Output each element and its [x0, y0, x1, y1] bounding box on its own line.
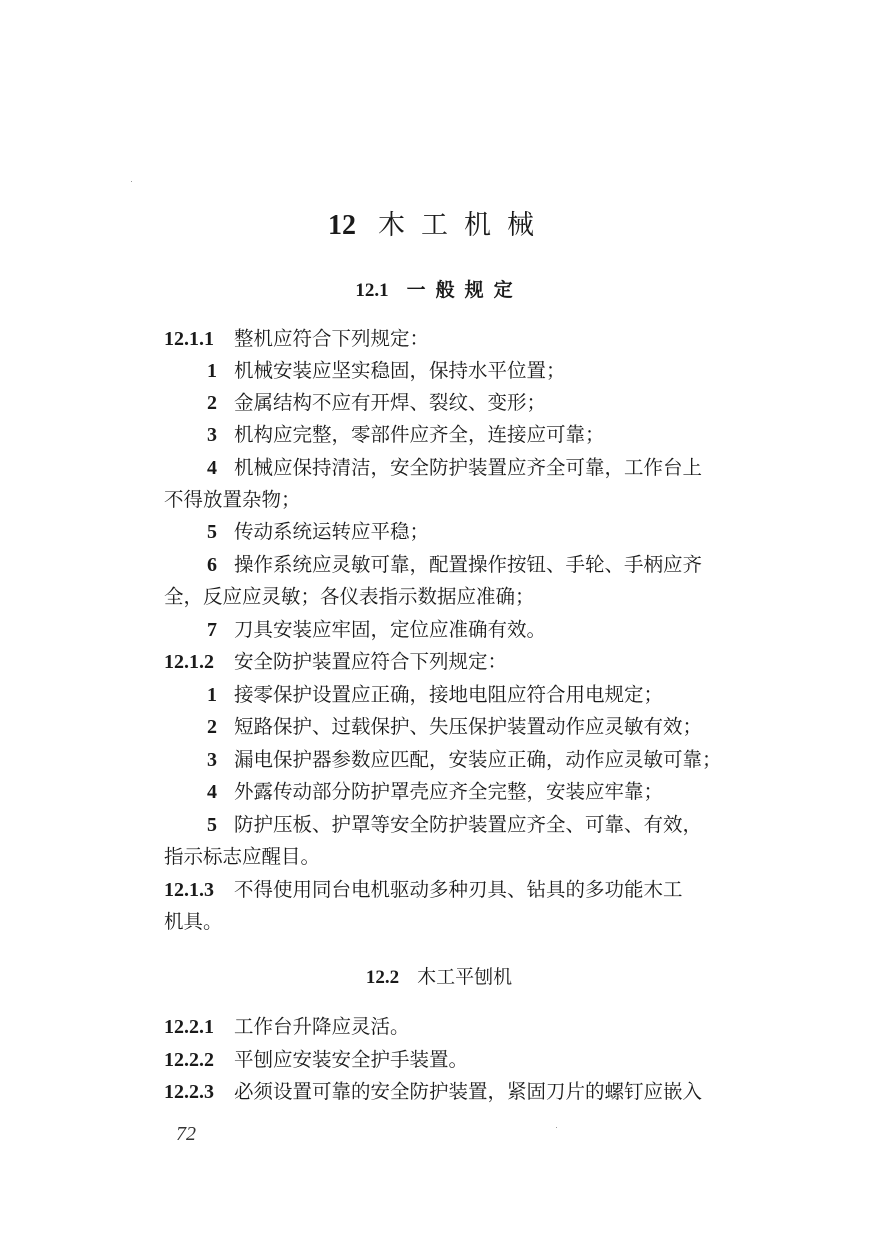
chapter-number: 12 [328, 210, 356, 241]
clause-12-2-1: 12.2.1工作台升降应灵活。 [164, 1015, 784, 1039]
clause-number: 12.1.2 [164, 651, 214, 673]
clause-text: 整机应符合下列规定： [234, 327, 429, 350]
list-item-continuation: 指示标志应醒目。 [164, 845, 784, 869]
clause-12-1-1: 12.1.1整机应符合下列规定： [164, 327, 784, 351]
section-title-text: 木工平刨机 [417, 966, 512, 988]
list-item: 3漏电保护器参数应匹配，安装应正确，动作应灵敏可靠； [207, 748, 827, 772]
clause-text: 工作台升降应灵活。 [234, 1015, 410, 1038]
item-text: 传动系统运转应平稳； [234, 520, 429, 543]
item-text: 短路保护、过载保护、失压保护装置动作应灵敏有效； [234, 715, 702, 738]
list-item: 7刀具安装应牢固，定位应准确有效。 [207, 618, 827, 642]
clause-number: 12.2.1 [164, 1016, 214, 1038]
scan-speck [131, 181, 132, 182]
clause-number: 12.2.2 [164, 1049, 214, 1071]
list-item: 4机械应保持清洁，安全防护装置应齐全可靠，工作台上 [207, 456, 827, 480]
clause-number: 12.1.1 [164, 328, 214, 350]
list-item-continuation: 不得放置杂物； [164, 488, 784, 512]
clause-continuation: 机具。 [164, 910, 784, 934]
item-text: 机械安装应坚实稳固，保持水平位置； [234, 359, 566, 382]
clause-text: 不得使用同台电机驱动多种刃具、钻具的多功能木工 [234, 878, 683, 901]
item-number: 4 [207, 457, 217, 479]
scan-speck [556, 1127, 557, 1128]
list-item: 5传动系统运转应平稳； [207, 520, 827, 544]
section-number: 12.1 [355, 280, 388, 301]
clause-text: 平刨应安装安全护手装置。 [234, 1048, 468, 1071]
page-number: 72 [176, 1123, 196, 1146]
section-heading-12-1: 12.1一般规定 [0, 275, 878, 302]
list-item: 5防护压板、护罩等安全防护装置应齐全、可靠、有效， [207, 813, 827, 837]
item-text: 刀具安装应牢固，定位应准确有效。 [234, 618, 546, 641]
clause-12-1-3: 12.1.3不得使用同台电机驱动多种刃具、钻具的多功能木工 [164, 878, 784, 902]
section-title-text: 一般规定 [407, 279, 523, 301]
section-heading-12-2: 12.2木工平刨机 [0, 962, 878, 989]
item-text: 接零保护设置应正确，接地电阻应符合用电规定； [234, 683, 663, 706]
item-number: 5 [207, 814, 217, 836]
item-text: 防护压板、护罩等安全防护装置应齐全、可靠、有效， [234, 813, 702, 836]
list-item: 6操作系统应灵敏可靠，配置操作按钮、手轮、手柄应齐 [207, 553, 827, 577]
list-item: 1机械安装应坚实稳固，保持水平位置； [207, 359, 827, 383]
item-number: 2 [207, 392, 217, 414]
list-item: 1接零保护设置应正确，接地电阻应符合用电规定； [207, 683, 827, 707]
chapter-title: 12木工机械 [0, 203, 878, 242]
clause-text: 安全防护装置应符合下列规定： [234, 650, 507, 673]
item-text: 外露传动部分防护罩壳应齐全完整，安装应牢靠； [234, 780, 663, 803]
clause-text: 必须设置可靠的安全防护装置，紧固刀片的螺钉应嵌入 [234, 1080, 702, 1103]
item-text: 机械应保持清洁，安全防护装置应齐全可靠，工作台上 [234, 456, 702, 479]
item-text: 金属结构不应有开焊、裂纹、变形； [234, 391, 546, 414]
item-number: 4 [207, 781, 217, 803]
item-number: 2 [207, 716, 217, 738]
list-item: 3机构应完整，零部件应齐全，连接应可靠； [207, 423, 827, 447]
list-item: 2金属结构不应有开焊、裂纹、变形； [207, 391, 827, 415]
clause-12-2-3: 12.2.3必须设置可靠的安全防护装置，紧固刀片的螺钉应嵌入 [164, 1080, 784, 1104]
list-item-continuation: 全，反应应灵敏；各仪表指示数据应准确； [164, 585, 784, 609]
item-number: 1 [207, 684, 217, 706]
item-number: 3 [207, 749, 217, 771]
item-number: 1 [207, 360, 217, 382]
item-number: 3 [207, 424, 217, 446]
clause-number: 12.1.3 [164, 879, 214, 901]
document-page: 12木工机械 12.1一般规定 12.1.1整机应符合下列规定： 1机械安装应坚… [0, 0, 878, 1241]
section-number: 12.2 [366, 967, 399, 988]
clause-number: 12.2.3 [164, 1081, 214, 1103]
chapter-title-text: 木工机械 [378, 210, 550, 241]
item-text: 机构应完整，零部件应齐全，连接应可靠； [234, 423, 605, 446]
clause-12-1-2: 12.1.2安全防护装置应符合下列规定： [164, 650, 784, 674]
item-text: 操作系统应灵敏可靠，配置操作按钮、手轮、手柄应齐 [234, 553, 702, 576]
list-item: 2短路保护、过载保护、失压保护装置动作应灵敏有效； [207, 715, 827, 739]
clause-12-2-2: 12.2.2平刨应安装安全护手装置。 [164, 1048, 784, 1072]
list-item: 4外露传动部分防护罩壳应齐全完整，安装应牢靠； [207, 780, 827, 804]
item-number: 5 [207, 521, 217, 543]
item-number: 7 [207, 619, 217, 641]
item-number: 6 [207, 554, 217, 576]
item-text: 漏电保护器参数应匹配，安装应正确，动作应灵敏可靠； [234, 748, 722, 771]
